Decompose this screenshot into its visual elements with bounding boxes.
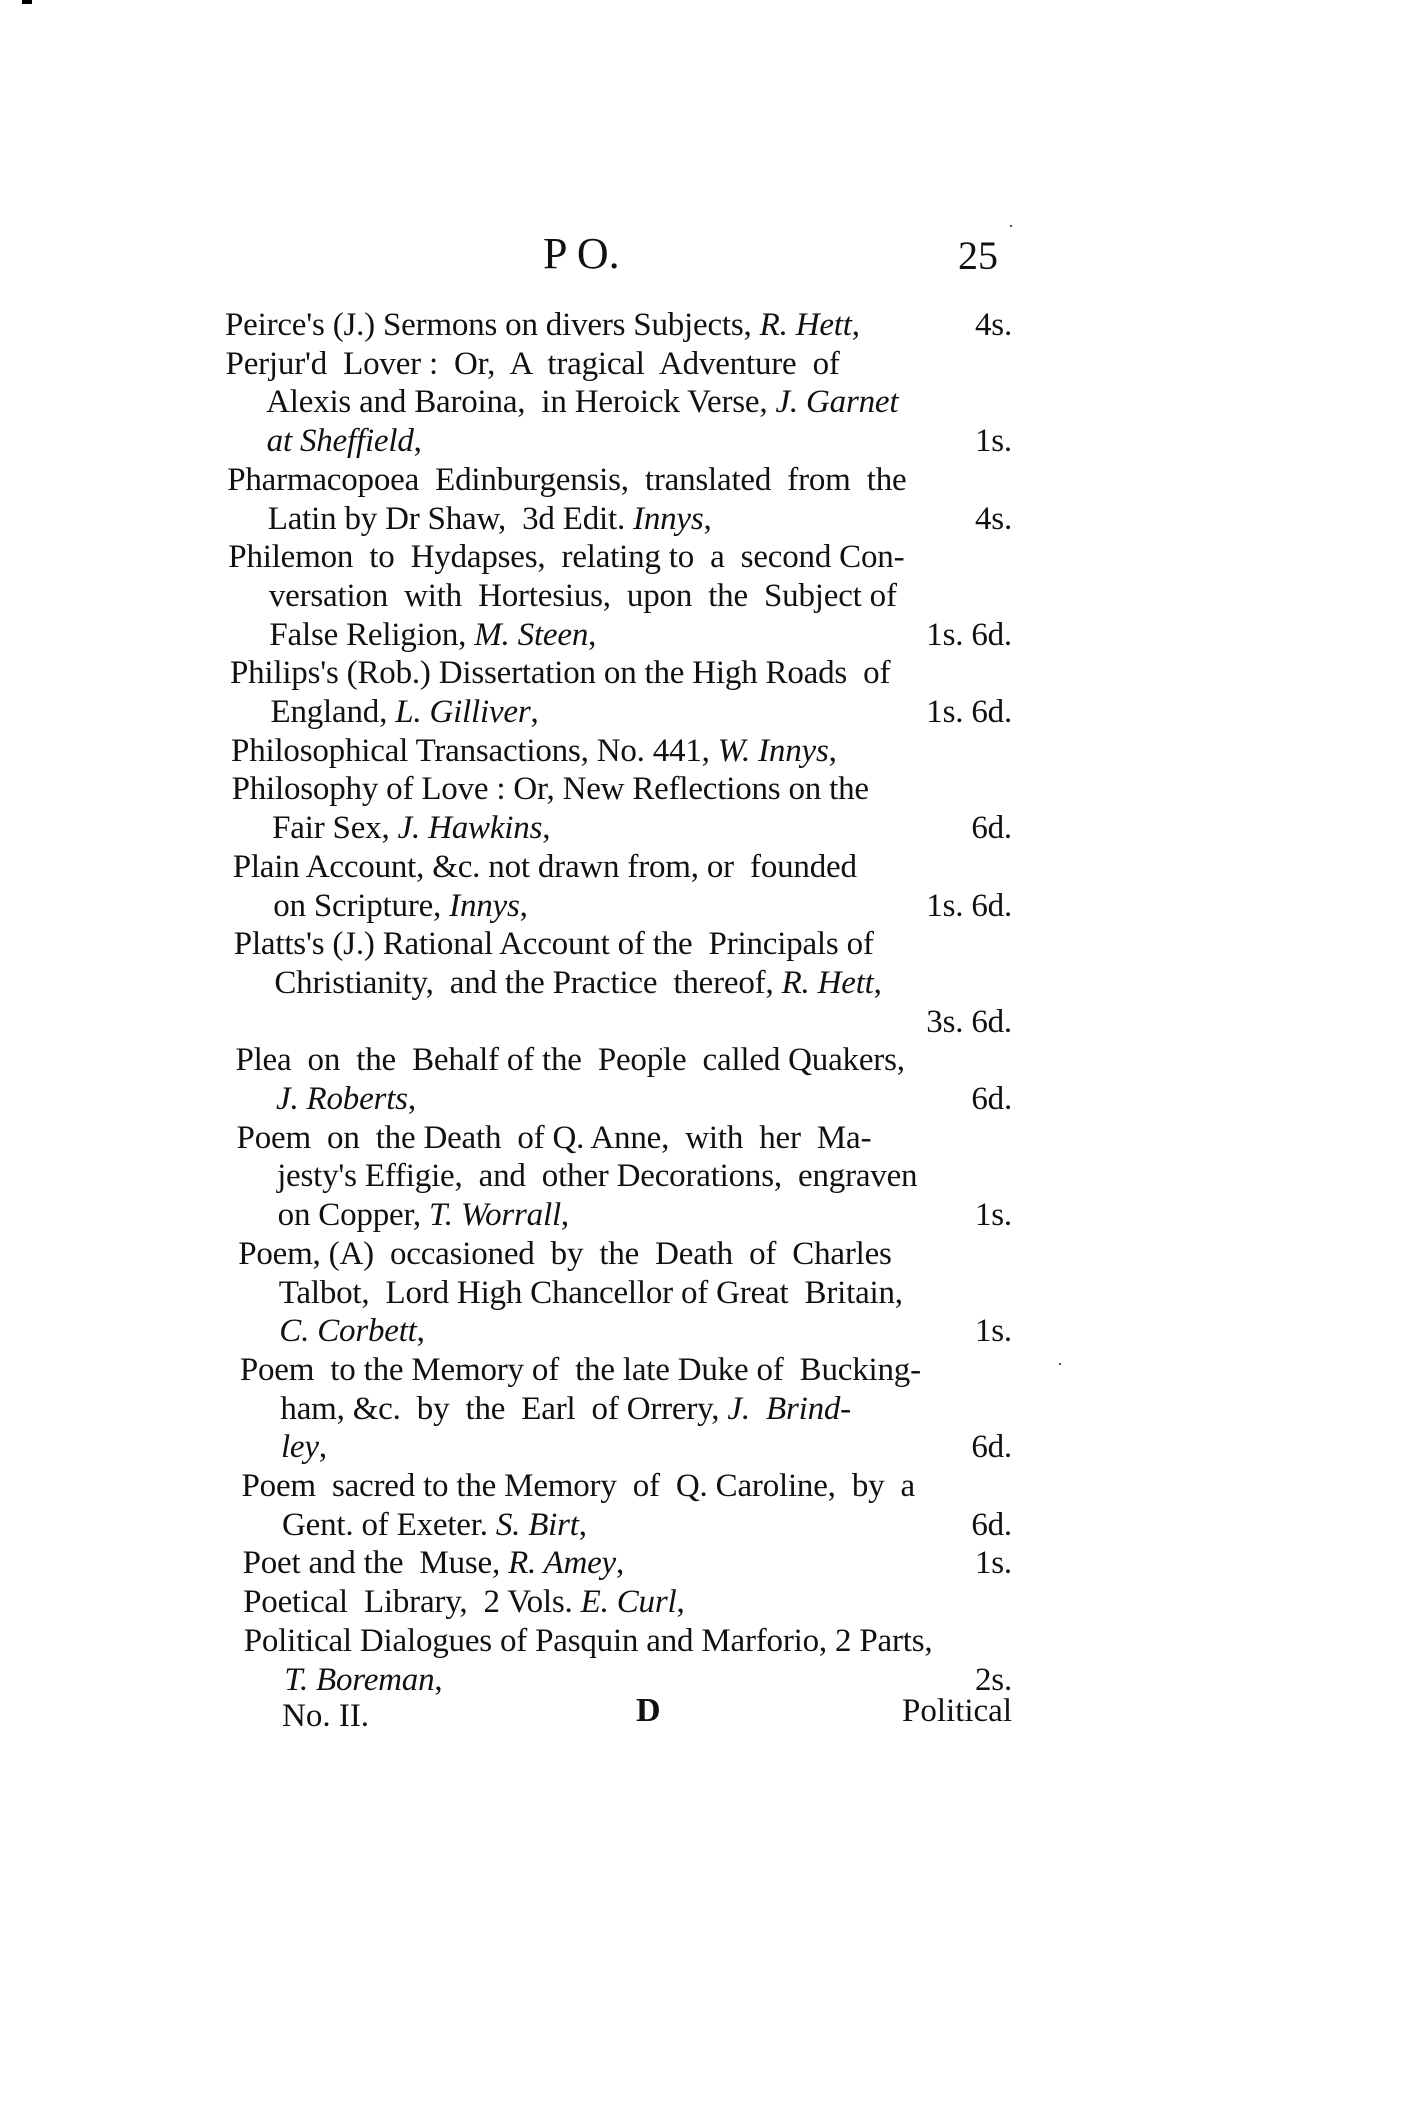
title-text: Talbot, Lord High Chancellor of Great Br… [279,1275,903,1311]
catalogue-line: Political Dialogues of Pasquin and Marfo… [244,1622,1012,1660]
title-text: , [417,1313,425,1349]
title-text: Poetical Library, 2 Vols. [243,1584,581,1620]
entry-text: Philosophy of Love : Or, New Reflections… [232,770,869,808]
title-text: Christianity, and the Practice thereof, [274,965,781,1001]
price: 6d. [971,1080,1012,1118]
title-text: England, [271,694,396,730]
entry-text: Pharmacopoea Edinburgensis, translated f… [227,461,906,499]
title-text: , [852,307,868,343]
catalogue-line: 3s. 6d. [275,1003,1012,1041]
price: 3s. 6d. [926,1003,1012,1041]
catalogue-line: Perjur'd Lover : Or, A tragical Adventur… [226,345,1012,383]
running-head: P O. [543,232,620,276]
entry-text: ley, [281,1428,327,1466]
entry-text: Philips's (Rob.) Dissertation on the Hig… [230,654,890,692]
catalogue-line: Peirce's (J.) Sermons on divers Subjects… [225,306,1012,344]
scan-speck [660,1048,662,1050]
scan-speck [1059,1363,1061,1365]
catalogue-line: Poem, (A) occasioned by the Death of Cha… [238,1235,1012,1273]
price: 6d. [971,1428,1012,1466]
entry-text: Poet and the Muse, R. Amey, [243,1544,624,1582]
publisher-name: T. Boreman [284,1662,434,1698]
title-text: Philips's (Rob.) Dissertation on the Hig… [230,655,890,691]
price: 1s. [975,1312,1012,1350]
title-text: ham, &c. by the Earl of Orrery, [280,1391,727,1427]
price: 1s. [975,1196,1012,1234]
title-text: , [530,694,538,730]
title-text: jesty's Effigie, and other Decorations, … [277,1158,917,1194]
price: 6d. [971,1506,1012,1544]
entry-text: on Copper, T. Worrall, [278,1196,569,1234]
scan-artifact [22,0,32,4]
entry-text: Gent. of Exeter. S. Birt, [282,1506,587,1544]
catalogue-line: Plea on the Behalf of the People called … [235,1041,1012,1079]
scan-speck [1010,225,1012,227]
catalogue-line: Poem to the Memory of the late Duke of B… [240,1351,1012,1389]
catalogue-line: Poet and the Muse, R. Amey,1s. [243,1544,1012,1582]
title-text: on Scripture, [273,888,449,924]
catalogue-line: Latin by Dr Shaw, 3d Edit. Innys,4s. [268,500,1012,538]
entry-text: J. Roberts, [276,1080,416,1118]
title-text: Plain Account, &c. not drawn from, or fo… [233,849,857,885]
price: 1s. [975,422,1012,460]
title-text: Poem sacred to the Memory of Q. Caroline… [242,1468,915,1504]
publisher-name: J. Roberts [276,1081,408,1117]
entry-text: jesty's Effigie, and other Decorations, … [277,1157,917,1195]
title-text: , [874,965,882,1001]
catalogue-line: Platts's (J.) Rational Account of the Pr… [234,925,1012,963]
title-text: , [561,1197,569,1233]
title-text: , [676,1584,684,1620]
entry-text: Latin by Dr Shaw, 3d Edit. Innys, [268,500,712,538]
publisher-name: M. Steen [474,617,588,653]
title-text: Philosophy of Love : Or, New Reflections… [232,771,869,807]
title-text: Platts's (J.) Rational Account of the Pr… [234,926,874,962]
entry-text: Christianity, and the Practice thereof, … [274,964,881,1002]
entry-text: Alexis and Baroina, in Heroick Verse, J.… [266,383,898,421]
price: 4s. [975,500,1012,538]
title-text: , [704,501,712,537]
entry-text: Talbot, Lord High Chancellor of Great Br… [279,1274,903,1312]
price: 6d. [971,809,1012,847]
publisher-name: R. Hett [782,965,874,1001]
title-text: on Copper, [278,1197,429,1233]
title-text: , [414,423,422,459]
title-text: Poem to the Memory of the late Duke of B… [240,1352,921,1388]
title-text: Philosophical Transactions, No. 441, [231,733,718,769]
catalogue-line: False Religion, M. Steen,1s. 6d. [269,616,1012,654]
catalogue-line: Philosophy of Love : Or, New Reflections… [232,770,1012,808]
catalogue-line: versation with Hortesius, upon the Subje… [269,577,1012,615]
catalogue-line: Poem sacred to the Memory of Q. Caroline… [242,1467,1013,1505]
volume-number: No. II. [282,1697,369,1735]
entry-text: versation with Hortesius, upon the Subje… [269,577,897,615]
title-text: Political Dialogues of Pasquin and Marfo… [244,1623,933,1659]
price: 4s. [975,306,1012,344]
title-text: Poem on the Death of Q. Anne, with her M… [237,1120,872,1156]
page-number: 25 [958,234,998,278]
entry-text: Philemon to Hydapses, relating to a seco… [228,538,904,576]
entry-text: on Scripture, Innys, [273,887,527,925]
catalogue-line: on Copper, T. Worrall,1s. [278,1196,1012,1234]
catalogue-line: Poetical Library, 2 Vols. E. Curl, [243,1583,1012,1621]
publisher-name: J. Brind- [727,1391,851,1427]
catalogue-line: Christianity, and the Practice thereof, … [274,964,1012,1002]
entry-text: Platts's (J.) Rational Account of the Pr… [234,925,874,963]
publisher-name: Innys [633,501,703,537]
entry-text: C. Corbett, [279,1312,424,1350]
title-text: versation with Hortesius, upon the Subje… [269,578,897,614]
catalogue-line: Philosophical Transactions, No. 441, W. … [231,732,1012,770]
entry-text: England, L. Gilliver, [271,693,539,731]
title-text: , [520,888,528,924]
publisher-name: J. Hawkins [398,810,543,846]
title-text: , [579,1507,587,1543]
publisher-name: J. Garnet [775,384,898,420]
catalogue-line: on Scripture, Innys,1s. 6d. [273,887,1012,925]
publisher-name: ley [281,1429,319,1465]
title-text: Gent. of Exeter. [282,1507,496,1543]
title-text: Peirce's (J.) Sermons on divers Subjects… [225,307,760,343]
title-text: Philemon to Hydapses, relating to a seco… [228,539,904,575]
title-text: Pharmacopoea Edinburgensis, translated f… [227,462,906,498]
catalogue-line: C. Corbett,1s. [279,1312,1012,1350]
title-text: Poem, (A) occasioned by the Death of Cha… [238,1236,891,1272]
title-text: Fair Sex, [272,810,397,846]
entry-text: False Religion, M. Steen, [269,616,596,654]
publisher-name: C. Corbett [279,1313,416,1349]
publisher-name: R. Amey [508,1545,616,1581]
entry-text: Poetical Library, 2 Vols. E. Curl, [243,1583,684,1621]
entry-text: Poem sacred to the Memory of Q. Caroline… [242,1467,915,1505]
title-text: False Religion, [269,617,474,653]
entry-text: ham, &c. by the Earl of Orrery, J. Brind… [280,1390,851,1428]
title-text: , [588,617,596,653]
catalogue-line: Pharmacopoea Edinburgensis, translated f… [227,461,1012,499]
entry-text: Philosophical Transactions, No. 441, W. … [231,732,837,770]
catalogue-line: jesty's Effigie, and other Decorations, … [277,1157,1012,1195]
title-text: , [408,1081,416,1117]
entry-text: Fair Sex, J. Hawkins, [272,809,550,847]
entry-text: Poem to the Memory of the late Duke of B… [240,1351,921,1389]
publisher-name: Innys [449,888,519,924]
title-text: Plea on the Behalf of the People called … [235,1042,904,1078]
title-text: Perjur'd Lover : Or, A tragical Adventur… [226,346,840,382]
catalogue-line: J. Roberts,6d. [276,1080,1012,1118]
catalogue-line: ham, &c. by the Earl of Orrery, J. Brind… [280,1390,1012,1428]
entry-text: Poem on the Death of Q. Anne, with her M… [237,1119,872,1157]
entry-text: Poem, (A) occasioned by the Death of Cha… [238,1235,891,1273]
price: 1s. 6d. [926,887,1012,925]
publisher-name: W. Innys [718,733,829,769]
publisher-name: R. Hett [760,307,852,343]
publisher-name: E. Curl [581,1584,677,1620]
publisher-name: L. Gilliver [395,694,530,730]
title-text: Latin by Dr Shaw, 3d Edit. [268,501,633,537]
catalogue-line: Fair Sex, J. Hawkins,6d. [272,809,1012,847]
entry-text: at Sheffield, [267,422,422,460]
catalogue-line: Gent. of Exeter. S. Birt,6d. [282,1506,1012,1544]
entry-text: Perjur'd Lover : Or, A tragical Adventur… [226,345,840,383]
catalogue-line: England, L. Gilliver,1s. 6d. [271,693,1013,731]
catalogue-line: Poem on the Death of Q. Anne, with her M… [237,1119,1012,1157]
title-text: Alexis and Baroina, in Heroick Verse, [266,384,775,420]
title-text: , [434,1662,442,1698]
title-text: , [542,810,550,846]
catalogue-line: Philips's (Rob.) Dissertation on the Hig… [230,654,1012,692]
price: 1s. [975,1544,1012,1582]
entry-text: Plain Account, &c. not drawn from, or fo… [233,848,857,886]
catalogue-line: Philemon to Hydapses, relating to a seco… [228,538,1012,576]
entry-text: Peirce's (J.) Sermons on divers Subjects… [225,306,868,344]
title-text: , [829,733,837,769]
title-text: , [616,1545,624,1581]
title-text: Poet and the Muse, [243,1545,508,1581]
price: 1s. 6d. [926,693,1012,731]
signature-mark: D [636,1692,661,1730]
title-text: , [319,1429,327,1465]
catalogue-line: Talbot, Lord High Chancellor of Great Br… [279,1274,1012,1312]
publisher-name: at Sheffield [267,423,414,459]
catalogue-page: P O. 25 Peirce's (J.) Sermons on divers … [0,0,1412,2120]
publisher-name: S. Birt [496,1507,579,1543]
catalogue-line: ley,6d. [281,1428,1012,1466]
price: 1s. 6d. [926,616,1012,654]
catalogue-line: Alexis and Baroina, in Heroick Verse, J.… [266,383,1012,421]
entry-text: T. Boreman, [284,1661,442,1699]
publisher-name: T. Worrall [429,1197,561,1233]
catalogue-line: Plain Account, &c. not drawn from, or fo… [233,848,1012,886]
entry-text: Political Dialogues of Pasquin and Marfo… [244,1622,933,1660]
catchword: Political [902,1692,1012,1730]
catalogue-line: at Sheffield,1s. [267,422,1012,460]
entry-text: Plea on the Behalf of the People called … [235,1041,904,1079]
